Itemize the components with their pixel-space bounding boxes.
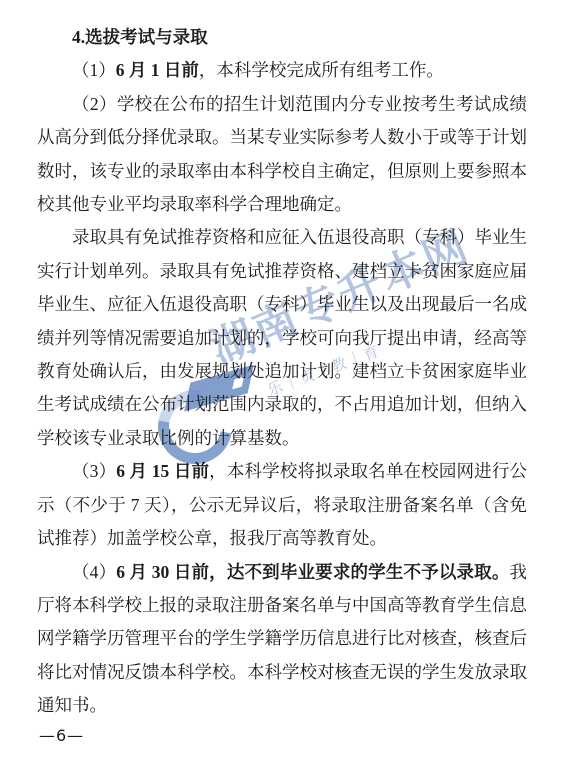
section-heading: 4.选拔考试与录取: [37, 21, 527, 54]
paragraph-2: （2）学校在公布的招生计划范围内分专业按考生考试成绩从高分到低分择优录取。当某专…: [37, 88, 527, 222]
document-page: 湖南专升本网 乐｜贞｜教｜育 4.选拔考试与录取 （1）6 月 1 日前，本科学…: [0, 0, 572, 768]
page-number: —6—: [39, 726, 84, 745]
para-2-prefix: （2）: [72, 94, 117, 114]
para-1-bold: 6 月 1 日前: [116, 60, 199, 80]
paragraph-1: （1）6 月 1 日前，本科学校完成所有组考工作。: [37, 54, 527, 87]
paragraph-5: （4）6 月 30 日前，达不到毕业要求的学生不予以录取。我厅将本科学校上报的录…: [37, 556, 527, 723]
document-body: 4.选拔考试与录取 （1）6 月 1 日前，本科学校完成所有组考工作。 （2）学…: [0, 0, 572, 723]
paragraph-4: （3）6 月 15 日前，本科学校将拟录取名单在校园网进行公示（不少于 7 天）…: [37, 455, 527, 555]
para-5-text: 我厅将本科学校上报的录取注册备案名单与中国高等教育学生信息网学籍学历管理平台的学…: [37, 562, 527, 716]
para-4-bold: 6 月 15 日前: [116, 461, 209, 481]
para-1-text: ，本科学校完成所有组考工作。: [199, 60, 444, 80]
para-5-bold: 6 月 30 日前，达不到毕业要求的学生不予以录取。: [116, 562, 509, 582]
para-4-prefix: （3）: [72, 461, 116, 481]
para-3-text: 录取具有免试推荐资格和应征入伍退役高职（专科）毕业生实行计划单列。录取具有免试推…: [37, 227, 527, 447]
para-5-prefix: （4）: [72, 562, 116, 582]
para-1-prefix: （1）: [72, 60, 116, 80]
paragraph-3: 录取具有免试推荐资格和应征入伍退役高职（专科）毕业生实行计划单列。录取具有免试推…: [37, 221, 527, 455]
